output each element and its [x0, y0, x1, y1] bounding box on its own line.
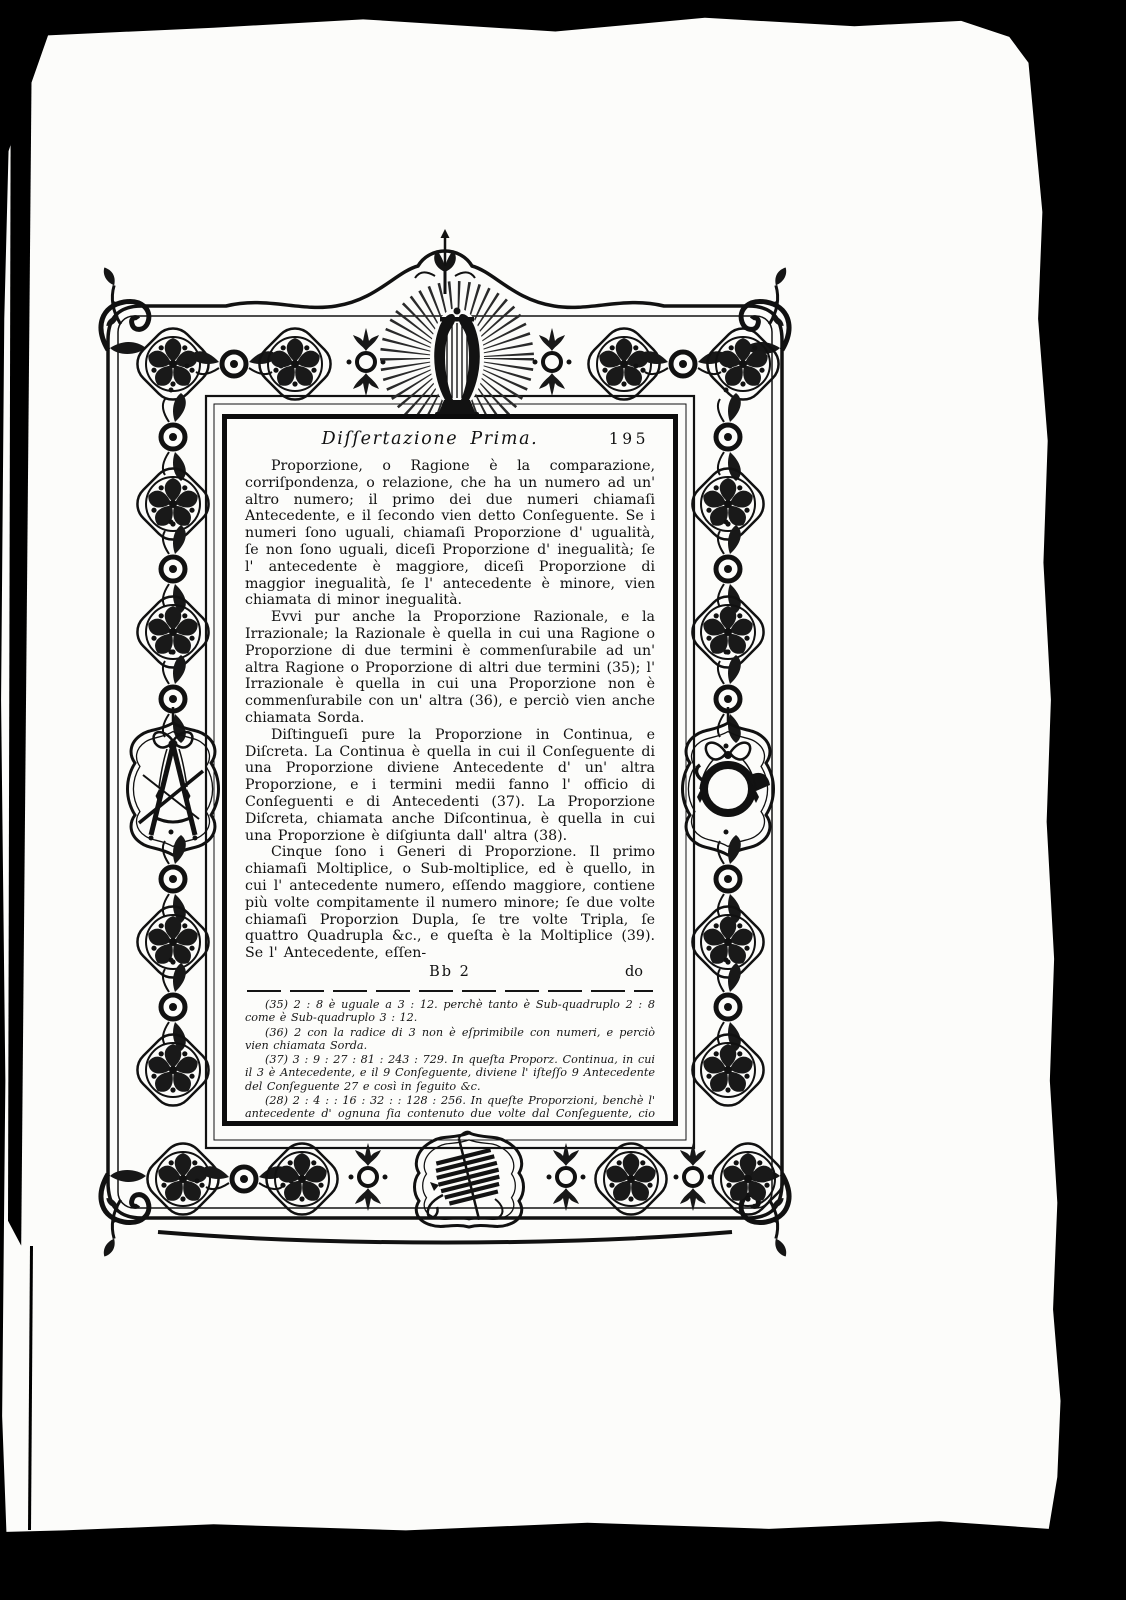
rosette-icon [580, 320, 668, 408]
paragraph: Diſtingueſi pure la Proporzione in Conti… [245, 727, 655, 845]
footnote-separator [247, 990, 653, 992]
paragraph: Proporzione, o Ragione è la comparazione… [245, 458, 655, 609]
panpipes-icon [428, 1126, 510, 1227]
ring-link-icon [716, 650, 741, 749]
hunting-horn-icon [697, 743, 770, 813]
tulip-icon [349, 1143, 388, 1211]
book-page: Diſſertazione Prima. 195 Proporzione, o … [0, 14, 1068, 1538]
rosette-icon [684, 460, 772, 548]
scan-background: { "colors": { "background": "#000000", "… [0, 0, 1126, 1600]
rosette-icon [684, 1026, 772, 1114]
tulip-icon [547, 1143, 586, 1211]
tulip-icon [347, 328, 386, 396]
footnote-label: (28) [265, 1094, 288, 1107]
page-title: Diſſertazione Prima. [251, 429, 609, 449]
rosette-icon [129, 588, 217, 676]
tulip-icon [674, 1143, 713, 1211]
footnote-text: 2 con la radice di 3 non è eſprimibile c… [245, 1026, 655, 1052]
text-block-frame: Diſſertazione Prima. 195 Proporzione, o … [222, 414, 678, 1126]
footnotes: (35) 2 : 8 è uguale a 3 : 12. perchè tan… [245, 998, 655, 1126]
rosette-icon [684, 588, 772, 676]
rosette-icon [129, 898, 217, 986]
footnote: (36) 2 con la radice di 3 non è eſprimib… [245, 1026, 655, 1053]
catchword: do [625, 964, 643, 980]
page-number: 195 [609, 430, 649, 448]
footnote: (35) 2 : 8 è uguale a 3 : 12. perchè tan… [245, 998, 655, 1025]
ring-link-icon [716, 520, 741, 619]
ring-link-icon [716, 830, 741, 929]
footnote-label: (37) [265, 1053, 288, 1066]
ring-link-icon [161, 830, 186, 929]
rosette-icon [704, 1135, 792, 1223]
signature-mark: Bb 2 [429, 964, 471, 980]
footnote-text: 2 : 4 : : 16 : 32 : : 128 : 256. In queſ… [245, 1094, 655, 1126]
signature-row: Bb 2 do [245, 964, 655, 983]
paragraph: Cinque ſono i Generi di Proporzione. Il … [245, 844, 655, 962]
footnote: (28) 2 : 4 : : 16 : 32 : : 128 : 256. In… [245, 1094, 655, 1126]
paragraph: Evvi pur anche la Proporzione Razionale,… [245, 609, 655, 727]
rosette-icon [684, 898, 772, 986]
rosette-icon [699, 320, 787, 408]
ring-link-icon [161, 958, 186, 1057]
footnote-label: (36) [265, 1026, 288, 1039]
rosette-icon [129, 320, 217, 408]
footnote-label: (35) [265, 998, 288, 1011]
fleur-de-lis-icon [415, 229, 475, 294]
rosette-icon [251, 320, 339, 408]
footnote-text: 3 : 9 : 27 : 81 : 243 : 729. In queſta P… [245, 1053, 655, 1093]
lyre-sunburst-icon [411, 308, 503, 417]
rosette-icon [129, 1026, 217, 1114]
ring-link-icon [716, 958, 741, 1057]
rosette-icon [129, 460, 217, 548]
footnote: (37) 3 : 9 : 27 : 81 : 243 : 729. In que… [245, 1053, 655, 1093]
ring-link-icon [161, 520, 186, 619]
tulip-icon [533, 328, 572, 396]
footnote-text: 2 : 8 è uguale a 3 : 12. perchè tanto è … [245, 998, 655, 1024]
running-head: Diſſertazione Prima. 195 [251, 429, 649, 449]
dividers-compass-icon [139, 732, 203, 840]
frame-bottom-swash [158, 1232, 732, 1243]
